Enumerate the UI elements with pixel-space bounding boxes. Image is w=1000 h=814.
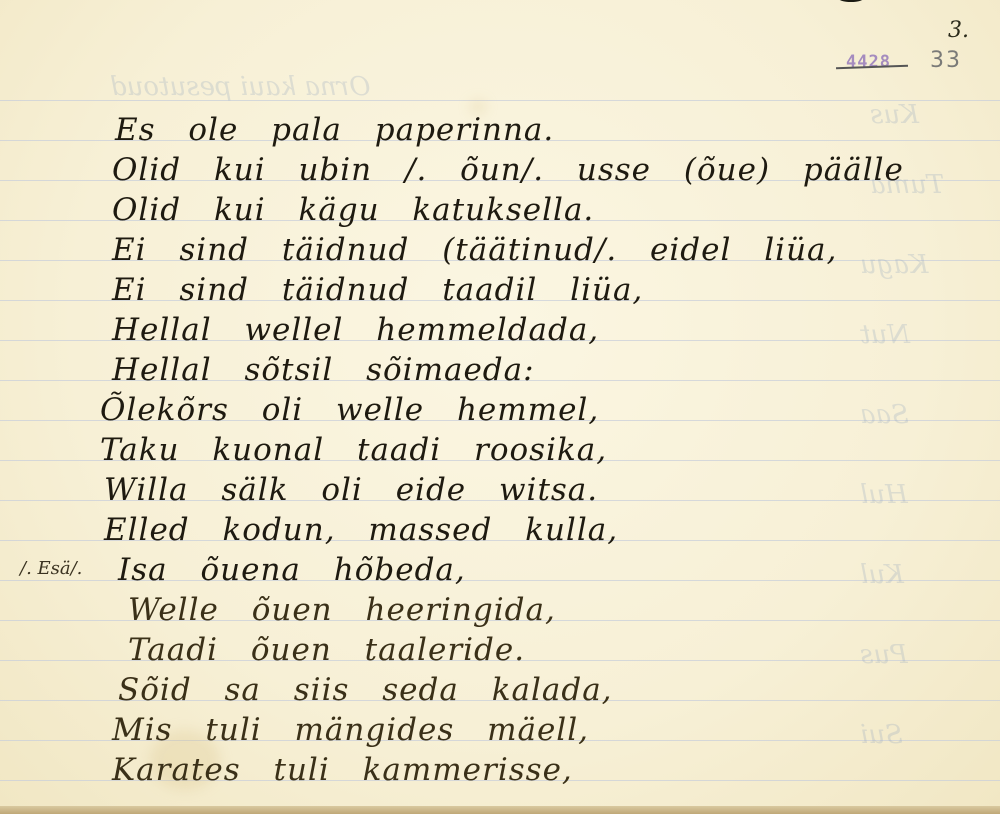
poem-line-9: Taku kuonal taadi roosika,	[100, 432, 607, 468]
archive-number: 33	[930, 48, 962, 73]
margin-note: /. Esä/.	[20, 558, 82, 579]
poem-line-14: Taadi õuen taaleride.	[128, 632, 525, 668]
poem-line-7: Hellal sõtsil sõimaeda:	[112, 352, 535, 388]
page-number: 3.	[948, 18, 969, 43]
poem-line-12: Isa õuena hõbeda,	[118, 552, 466, 588]
manuscript-page: Orna kaui pesutoud Kus Tuma Kagu Nut Saa…	[0, 0, 1000, 806]
bleed-through-text: Hul	[860, 480, 908, 510]
bleed-through-text: Nut	[860, 320, 910, 350]
poem-line-2: Olid kui ubin /. õun/. usse (õue) päälle	[112, 152, 904, 188]
poem-line-11: Elled kodun, massed kulla,	[104, 512, 618, 548]
bleed-through-text: Kul	[860, 560, 904, 590]
poem-line-16: Mis tuli mängides mäell,	[112, 712, 589, 748]
bleed-through-text: Saa	[860, 400, 909, 430]
ink-blot	[838, 0, 864, 2]
poem-line-10: Willa sälk oli eide witsa.	[104, 472, 598, 508]
bleed-through-text: Pus	[860, 640, 908, 670]
poem-line-8: Õlekõrs oli welle hemmel,	[100, 392, 599, 428]
bleed-through-text: Orna kaui pesutoud	[110, 72, 370, 102]
poem-line-3: Olid kui kägu katuksella.	[112, 192, 594, 228]
poem-line-4: Ei sind täidnud (täätinud/. eidel liüa,	[112, 232, 837, 268]
bleed-through-text: Kagu	[860, 250, 928, 280]
poem-line-17: Karates tuli kammerisse,	[112, 752, 573, 788]
bleed-through-text: Sui	[860, 720, 903, 750]
poem-line-15: Sõid sa siis seda kalada,	[118, 672, 613, 708]
struck-stamp-number: 4428	[846, 52, 891, 72]
poem-line-6: Hellal wellel hemmeldada,	[112, 312, 599, 348]
page-bottom-edge	[0, 806, 1000, 814]
bleed-through-text: Kus	[870, 100, 919, 130]
poem-line-13: Welle õuen heeringida,	[128, 592, 556, 628]
poem-line-5: Ei sind täidnud taadil liüa,	[112, 272, 643, 308]
poem-line-1: Es ole pala paperinna.	[115, 112, 554, 148]
